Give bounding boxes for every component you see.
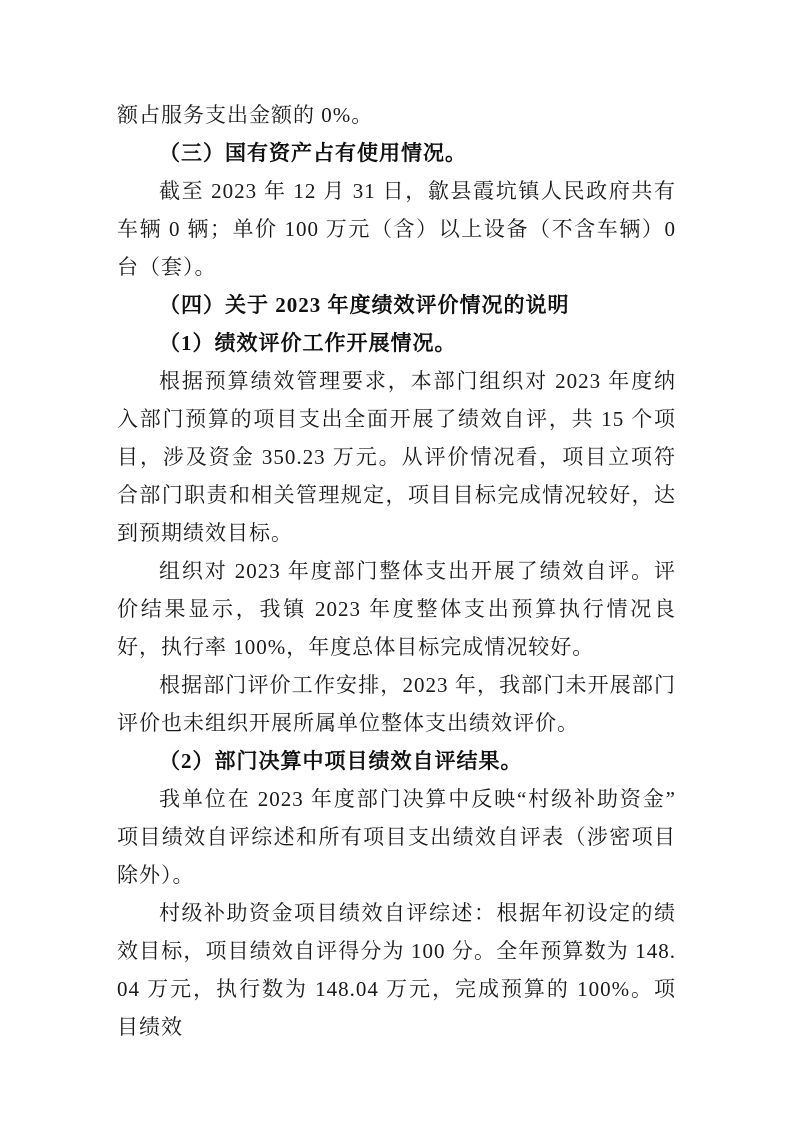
document-page: 额占服务支出金额的 0%。 （三）国有资产占有使用情况。 截至 2023 年 1… (0, 0, 793, 1122)
paragraph-village-subsidy-fund-reflection: 我单位在 2023 年度部门决算中反映“村级补助资金”项目绩效自评综述和所有项目… (117, 780, 676, 894)
heading-section4-performance-evaluation-2023: （四）关于 2023 年度绩效评价情况的说明 (117, 286, 676, 324)
paragraph-vehicles-and-equipment: 截至 2023 年 12 月 31 日，歙县霞坑镇人民政府共有车辆 0 辆；单价… (117, 172, 676, 286)
heading-item2-final-accounts-self-evaluation-results: （2）部门决算中项目绩效自评结果。 (117, 742, 676, 780)
paragraph-department-evaluation-arrangement: 根据部门评价工作安排，2023 年，我部门未开展部门评价也未组织开展所属单位整体… (117, 666, 676, 742)
heading-item1-evaluation-work-development: （1）绩效评价工作开展情况。 (117, 324, 676, 362)
paragraph-project-self-evaluation-summary: 根据预算绩效管理要求，本部门组织对 2023 年度纳入部门预算的项目支出全面开展… (117, 362, 676, 552)
paragraph-service-expense-ratio-continuation: 额占服务支出金额的 0%。 (117, 96, 676, 134)
document-content: 额占服务支出金额的 0%。 （三）国有资产占有使用情况。 截至 2023 年 1… (117, 96, 676, 1046)
paragraph-village-subsidy-fund-self-evaluation: 村级补助资金项目绩效自评综述：根据年初设定的绩效目标，项目绩效自评得分为 100… (117, 894, 676, 1046)
heading-section3-state-owned-assets: （三）国有资产占有使用情况。 (117, 134, 676, 172)
paragraph-overall-expenditure-self-evaluation: 组织对 2023 年度部门整体支出开展了绩效自评。评价结果显示，我镇 2023 … (117, 552, 676, 666)
